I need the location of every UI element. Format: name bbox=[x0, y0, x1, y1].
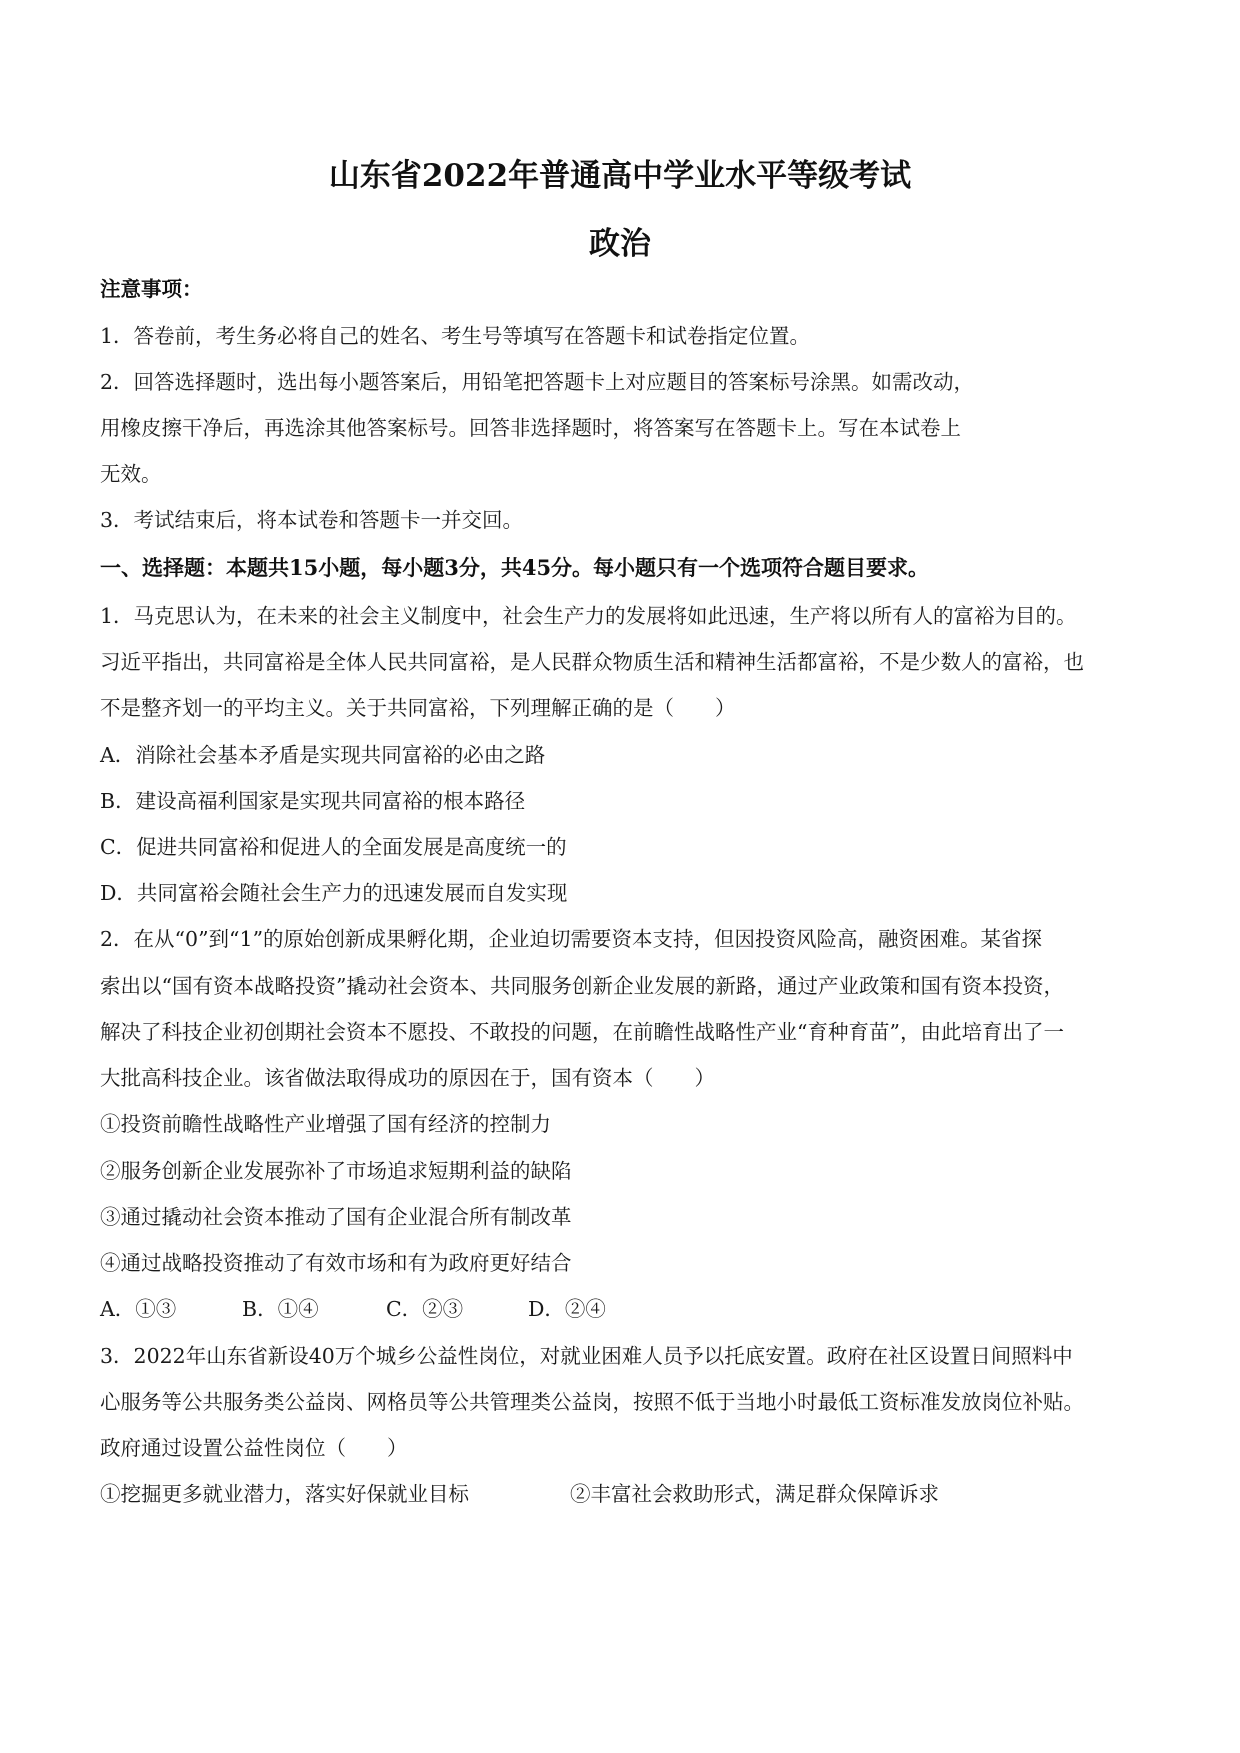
option-b: B．①④ bbox=[242, 1295, 319, 1323]
option-d: D．共同富裕会随社会生产力的迅速发展而自发实现 bbox=[100, 879, 567, 907]
exam-subject: 政治 bbox=[0, 218, 1240, 263]
question-stem-line: 不是整齐划一的平均主义。关于共同富裕，下列理解正确的是（ ） bbox=[100, 694, 736, 722]
notice-heading: 注意事项： bbox=[100, 275, 203, 303]
notice-item-2-cont: 用橡皮擦干净后，再选涂其他答案标号。回答非选择题时，将答案写在答题卡上。写在本试… bbox=[100, 414, 961, 442]
section-heading: 一、选择题：本题共15小题，每小题3分，共45分。每小题只有一个选项符合题目要求… bbox=[100, 554, 929, 582]
question-stem-line: 2．在从“0”到“1”的原始创新成果孵化期，企业迫切需要资本支持，但因投资风险高… bbox=[100, 925, 1042, 953]
option-a: A．消除社会基本矛盾是实现共同富裕的必由之路 bbox=[100, 741, 545, 769]
option-c: C．促进共同富裕和促进人的全面发展是高度统一的 bbox=[100, 833, 567, 861]
notice-item-3: 3．考试结束后，将本试卷和答题卡一并交回。 bbox=[100, 506, 523, 534]
question-stem-line: 1．马克思认为，在未来的社会主义制度中，社会生产力的发展将如此迅速，生产将以所有… bbox=[100, 602, 1077, 630]
statement-1: ①挖掘更多就业潜力，落实好保就业目标 bbox=[100, 1480, 469, 1508]
question-stem-line: 解决了科技企业初创期社会资本不愿投、不敢投的问题，在前瞻性战略性产业“育种育苗”… bbox=[100, 1018, 1064, 1046]
question-stem-line: 3．2022年山东省新设40万个城乡公益性岗位，对就业困难人员予以托底安置。政府… bbox=[100, 1342, 1073, 1370]
question-stem-line: 索出以“国有资本战略投资”撬动社会资本、共同服务创新企业发展的新路，通过产业政策… bbox=[100, 972, 1064, 1000]
option-a: A．①③ bbox=[100, 1295, 176, 1323]
exam-page: 山东省2022年普通高中学业水平等级考试 政治 注意事项： 1．答卷前，考生务必… bbox=[0, 0, 1240, 1753]
statement-4: ④通过战略投资推动了有效市场和有为政府更好结合 bbox=[100, 1249, 572, 1277]
statement-3: ③通过撬动社会资本推动了国有企业混合所有制改革 bbox=[100, 1203, 572, 1231]
question-stem-line: 习近平指出，共同富裕是全体人民共同富裕，是人民群众物质生活和精神生活都富裕，不是… bbox=[100, 648, 1084, 676]
option-b: B．建设高福利国家是实现共同富裕的根本路径 bbox=[100, 787, 525, 815]
exam-title: 山东省2022年普通高中学业水平等级考试 bbox=[0, 150, 1240, 195]
option-c: C．②③ bbox=[386, 1295, 463, 1323]
statement-2: ②服务创新企业发展弥补了市场追求短期利益的缺陷 bbox=[100, 1157, 572, 1185]
notice-item-1: 1．答卷前，考生务必将自己的姓名、考生号等填写在答题卡和试卷指定位置。 bbox=[100, 322, 810, 350]
statement-1: ①投资前瞻性战略性产业增强了国有经济的控制力 bbox=[100, 1110, 551, 1138]
notice-item-2: 2．回答选择题时，选出每小题答案后，用铅笔把答题卡上对应题目的答案标号涂黑。如需… bbox=[100, 368, 974, 396]
question-stem-line: 心服务等公共服务类公益岗、网格员等公共管理类公益岗，按照不低于当地小时最低工资标… bbox=[100, 1388, 1084, 1416]
option-d: D．②④ bbox=[528, 1295, 606, 1323]
statement-2: ②丰富社会救助形式，满足群众保障诉求 bbox=[570, 1480, 939, 1508]
notice-item-2-cont2: 无效。 bbox=[100, 460, 162, 488]
question-stem-line: 政府通过设置公益性岗位（ ） bbox=[100, 1434, 408, 1462]
question-stem-line: 大批高科技企业。该省做法取得成功的原因在于，国有资本（ ） bbox=[100, 1064, 715, 1092]
